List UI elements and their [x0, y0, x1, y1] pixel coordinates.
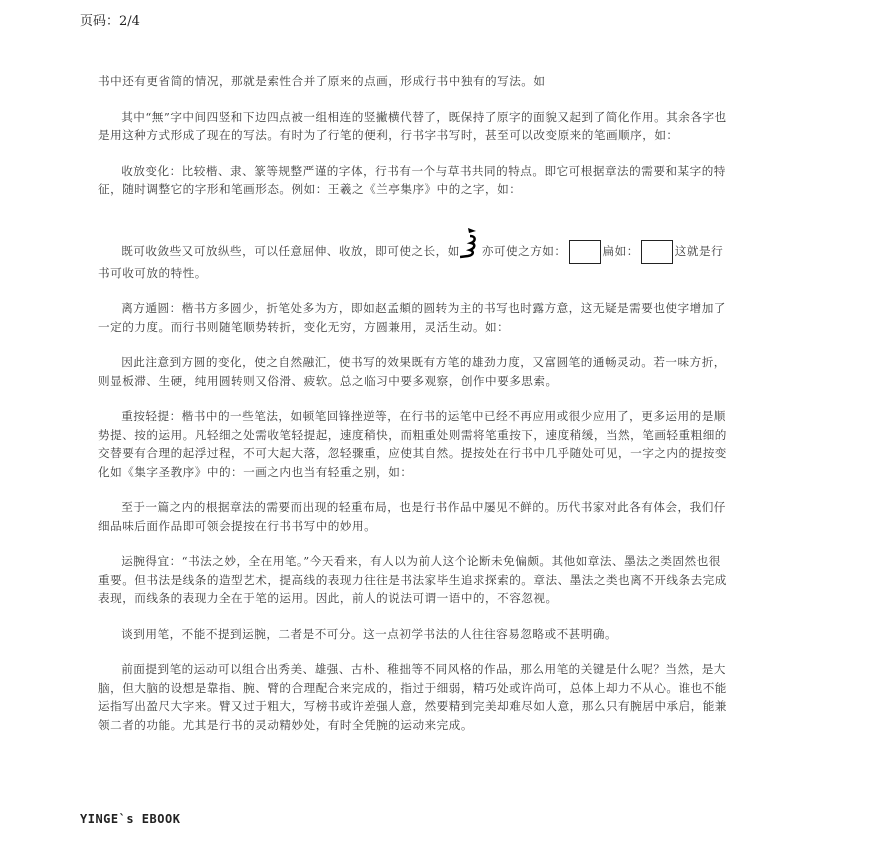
calligraphy-glyph-icon	[460, 236, 482, 264]
paragraph: 收放变化：比较楷、隶、篆等规整严谨的字体，行书有一个与草书共同的特点。即它可根据…	[98, 162, 730, 199]
paragraph: 离方遁圆：楷书方多圆少，折笔处多为方，即如赵孟頫的圆转为主的书写也时露方意，这无…	[98, 299, 730, 336]
paragraph-text: 亦可使之方如：	[482, 244, 567, 258]
paragraph: 书中还有更省简的情况，那就是索性合并了原来的点画，形成行书中独有的写法。如	[98, 72, 730, 91]
paragraph-text: 扁如：	[603, 244, 639, 258]
paragraph: 因此注意到方圆的变化，使之自然融汇，使书写的效果既有方笔的雄劲力度，又富圆笔的通…	[98, 353, 730, 390]
paragraph: 运腕得宜：“书法之妙，全在用笔。”今天看来，有人以为前人这个论断未免偏颇。其他如…	[98, 552, 730, 608]
footer-label: YINGE`s EBOOK	[80, 812, 180, 826]
missing-image-icon	[569, 240, 601, 264]
paragraph-text: 既可收敛些又可放纵些，可以任意屈伸、收放，即可使之长，如	[121, 244, 460, 258]
document-body: 书中还有更省简的情况，那就是索性合并了原来的点画，形成行书中独有的写法。如 其中…	[98, 72, 730, 751]
paragraph: 谈到用笔，不能不提到运腕，二者是不可分。这一点初学书法的人往往容易忽略或不甚明确…	[98, 625, 730, 644]
paragraph: 重按轻提：楷书中的一些笔法，如顿笔回锋挫逆等，在行书的运笔中已经不再应用或很少应…	[98, 407, 730, 481]
paragraph: 前面提到笔的运动可以组合出秀美、雄强、古朴、稚拙等不同风格的作品，那么用笔的关键…	[98, 660, 730, 734]
paragraph-shou-fang: 既可收敛些又可放纵些，可以任意屈伸、收放，即可使之长，如亦可使之方如：扁如：这就…	[98, 236, 730, 283]
paragraph: 其中“無”字中间四竖和下边四点被一组相连的竖撇横代替了，既保持了原字的面貌又起到…	[98, 108, 730, 145]
missing-image-icon	[641, 240, 673, 264]
paragraph: 至于一篇之内的根据章法的需要而出现的轻重布局，也是行书作品中屡见不鲜的。历代书家…	[98, 498, 730, 535]
page-indicator: 页码：2/4	[80, 10, 140, 29]
